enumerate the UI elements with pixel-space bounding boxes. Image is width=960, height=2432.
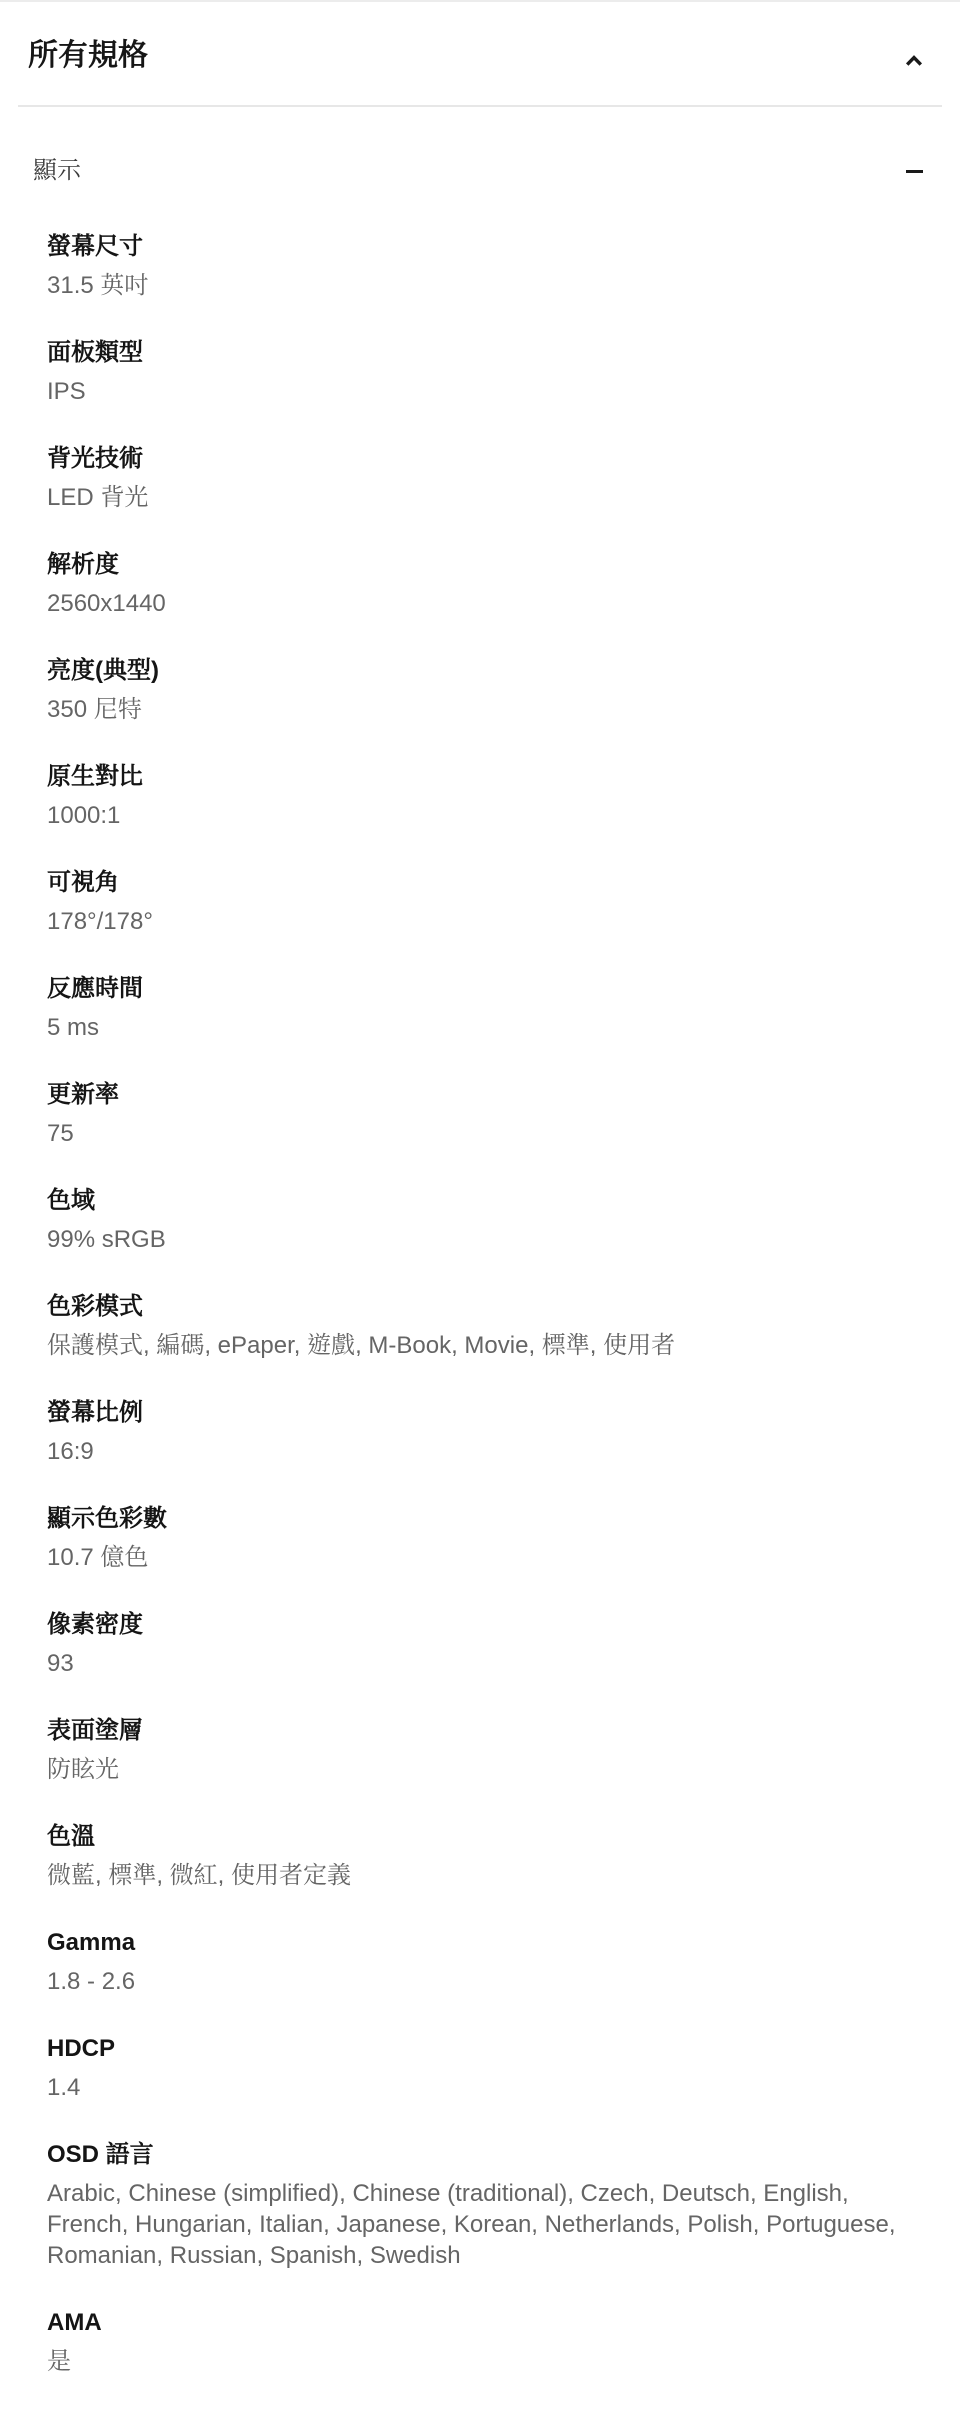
spec-value: 10.7 億色 [47,1542,917,1573]
spec-value: 防眩光 [47,1754,917,1785]
spec-item: 像素密度 93 [47,1610,923,1679]
spec-label: HDCP [47,2034,923,2064]
spec-value: 2560x1440 [47,588,917,619]
spec-item: 色域 99% sRGB [47,1186,923,1255]
page-title: 所有規格 [28,39,148,73]
spec-label: 原生對比 [47,762,923,792]
spec-item: Gamma 1.8 - 2.6 [47,1928,923,1997]
spec-value: 保護模式, 編碼, ePaper, 遊戲, M-Book, Movie, 標準,… [47,1330,917,1361]
all-specs-panel: 所有規格 顯示 螢幕尺寸 31.5 英吋 面板類型 IPS 背光技術 LED 背… [18,2,942,2432]
spec-value: 75 [47,1118,917,1149]
spec-value: 1000:1 [47,800,917,831]
spec-item: 反應時間 5 ms [47,974,923,1043]
spec-label: 解析度 [47,550,923,580]
spec-label: 面板類型 [47,338,923,368]
spec-item: 表面塗層 防眩光 [47,1716,923,1785]
spec-item: HDCP 1.4 [47,2034,923,2103]
spec-item: 顯示色彩數 10.7 億色 [47,1504,923,1573]
spec-value: IPS [47,376,917,407]
spec-label: Gamma [47,1928,923,1958]
spec-label: 更新率 [47,1080,923,1110]
chevron-up-icon[interactable] [905,55,923,67]
spec-value: 178°/178° [47,906,917,937]
spec-label: 亮度(典型) [47,656,923,686]
spec-item: 色溫 微藍, 標準, 微紅, 使用者定義 [47,1822,923,1891]
spec-item: 更新率 75 [47,1080,923,1149]
minus-icon[interactable] [906,170,923,173]
spec-value: 93 [47,1648,917,1679]
spec-item: 螢幕尺寸 31.5 英吋 [47,232,923,301]
spec-item: AMA 是 [47,2308,923,2377]
spec-value: LED 背光 [47,482,917,513]
spec-item: OSD 語言 Arabic, Chinese (simplified), Chi… [47,2140,923,2271]
spec-label: 色溫 [47,1822,923,1852]
spec-item: 原生對比 1000:1 [47,762,923,831]
spec-value: 5 ms [47,1012,917,1043]
section-header-display[interactable]: 顯示 [18,157,942,185]
spec-item: 亮度(典型) 350 尼特 [47,656,923,725]
spec-label: 像素密度 [47,1610,923,1640]
spec-item: 螢幕比例 16:9 [47,1398,923,1467]
spec-label: 反應時間 [47,974,923,1004]
section-title: 顯示 [33,157,81,185]
spec-label: 可視角 [47,868,923,898]
all-specs-header[interactable]: 所有規格 [18,2,942,73]
spec-item: 色彩模式 保護模式, 編碼, ePaper, 遊戲, M-Book, Movie… [47,1292,923,1361]
spec-item: 背光技術 LED 背光 [47,444,923,513]
spec-value: 1.8 - 2.6 [47,1966,917,1997]
spec-value: 是 [47,2346,917,2377]
spec-value: 微藍, 標準, 微紅, 使用者定義 [47,1860,917,1891]
spec-label: 表面塗層 [47,1716,923,1746]
spec-label: 螢幕比例 [47,1398,923,1428]
spec-item: 解析度 2560x1440 [47,550,923,619]
spec-label: 背光技術 [47,444,923,474]
spec-label: AMA [47,2308,923,2338]
spec-value: 99% sRGB [47,1224,917,1255]
spec-value: Arabic, Chinese (simplified), Chinese (t… [47,2178,917,2271]
spec-item: 可視角 178°/178° [47,868,923,937]
spec-label: 顯示色彩數 [47,1504,923,1534]
spec-value: 31.5 英吋 [47,270,917,301]
divider [18,105,942,107]
spec-list: 螢幕尺寸 31.5 英吋 面板類型 IPS 背光技術 LED 背光 解析度 25… [18,232,942,2432]
spec-value: 16:9 [47,1436,917,1467]
spec-item: 面板類型 IPS [47,338,923,407]
spec-label: OSD 語言 [47,2140,923,2170]
spec-label: 螢幕尺寸 [47,232,923,262]
spec-value: 350 尼特 [47,694,917,725]
spec-value: 1.4 [47,2072,917,2103]
spec-label: 色彩模式 [47,1292,923,1322]
spec-label: 色域 [47,1186,923,1216]
